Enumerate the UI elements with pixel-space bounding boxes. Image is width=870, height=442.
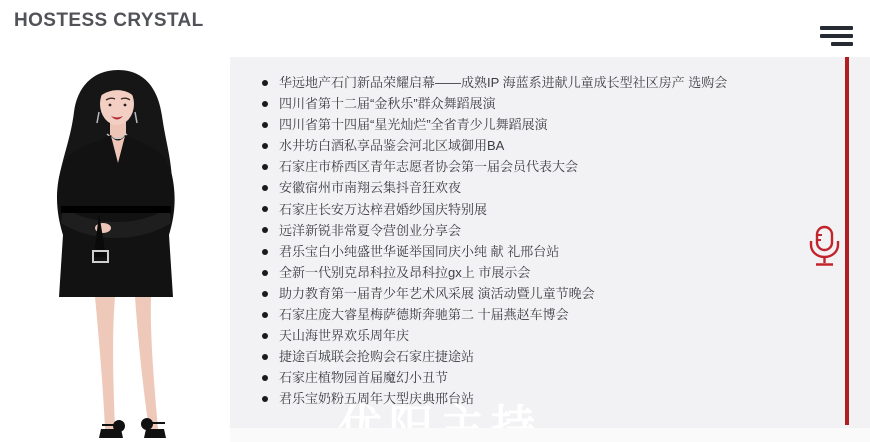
list-item[interactable]: 君乐宝奶粉五周年大型庆典邢台站 [262,392,807,406]
event-title: 远洋新锐非常夏令营创业分享会 [279,224,461,238]
list-item[interactable]: 石家庄市桥西区青年志愿者协会第一届会员代表大会 [262,160,807,174]
list-item[interactable]: 远洋新锐非常夏令营创业分享会 [262,224,807,238]
page-title: HOSTESS CRYSTAL [14,10,204,32]
hamburger-menu-icon[interactable] [820,26,853,48]
list-item[interactable]: 安徽宿州市南翔云集抖音狂欢夜 [262,181,807,195]
page: HOSTESS CRYSTAL [0,0,870,442]
bullet-icon [262,143,268,149]
event-title: 全新一代别克昂科拉及昂科拉gx上 市展示会 [279,266,530,280]
list-item[interactable]: 四川省第十四届“星光灿烂”全省青少儿舞蹈展演 [262,118,807,132]
event-title: 捷途百城联会抢购会石家庄捷途站 [279,350,474,364]
bullet-icon [262,101,268,107]
event-title: 石家庄庞大睿星梅萨德斯奔驰第二 十届燕赵车博会 [279,308,569,322]
event-title: 君乐宝奶粉五周年大型庆典邢台站 [279,392,474,406]
bullet-icon [262,375,268,381]
bullet-icon [262,312,268,318]
hamburger-bar [820,26,853,30]
event-title: 华远地产石门新品荣耀启幕——成熟IP 海蓝系进献儿童成长型社区房产 选购会 [279,76,727,90]
bullet-icon [262,80,268,86]
bullet-icon [262,270,268,276]
bullet-icon [262,122,268,128]
bullet-icon [262,249,268,255]
event-title: 君乐宝白小纯盛世华诞举国同庆小纯 献 礼邢台站 [279,245,559,259]
bullet-icon [262,396,268,402]
hamburger-bar [820,34,853,38]
hostess-photo [0,57,230,442]
list-item[interactable]: 华远地产石门新品荣耀启幕——成熟IP 海蓝系进献儿童成长型社区房产 选购会 [262,76,807,90]
hostess-illustration [0,57,230,442]
bullet-icon [262,164,268,170]
list-item[interactable]: 石家庄植物园首届魔幻小丑节 [262,371,807,385]
event-title: 助力教育第一届青少年艺术风采展 演活动暨儿童节晚会 [279,287,595,301]
red-divider-line [845,57,849,425]
microphone-icon[interactable] [805,225,843,267]
event-title: 四川省第十二届“金秋乐”群众舞蹈展演 [279,97,496,111]
bullet-icon [262,206,268,212]
list-item[interactable]: 天山海世界欢乐周年庆 [262,329,807,343]
event-title: 石家庄市桥西区青年志愿者协会第一届会员代表大会 [279,160,578,174]
list-item[interactable]: 助力教育第一届青少年艺术风采展 演活动暨儿童节晚会 [262,287,807,301]
event-title: 四川省第十四届“星光灿烂”全省青少儿舞蹈展演 [279,118,548,132]
list-item[interactable]: 石家庄长安万达梓君婚纱国庆特别展 [262,203,807,217]
bottom-strip [230,428,870,442]
list-item[interactable]: 石家庄庞大睿星梅萨德斯奔驰第二 十届燕赵车博会 [262,308,807,322]
list-item[interactable]: 君乐宝白小纯盛世华诞举国同庆小纯 献 礼邢台站 [262,245,807,259]
bullet-icon [262,291,268,297]
bullet-icon [262,354,268,360]
event-title: 水井坊白酒私享品鉴会河北区域御用BA [279,139,504,153]
event-list: 华远地产石门新品荣耀启幕——成熟IP 海蓝系进献儿童成长型社区房产 选购会 四川… [262,76,807,414]
event-title: 安徽宿州市南翔云集抖音狂欢夜 [279,181,461,195]
list-item[interactable]: 捷途百城联会抢购会石家庄捷途站 [262,350,807,364]
bullet-icon [262,227,268,233]
hamburger-bar [831,42,853,46]
bullet-icon [262,185,268,191]
list-item[interactable]: 水井坊白酒私享品鉴会河北区域御用BA [262,139,807,153]
list-item[interactable]: 全新一代别克昂科拉及昂科拉gx上 市展示会 [262,266,807,280]
list-item[interactable]: 四川省第十二届“金秋乐”群众舞蹈展演 [262,97,807,111]
event-title: 石家庄长安万达梓君婚纱国庆特别展 [279,203,487,217]
event-title: 石家庄植物园首届魔幻小丑节 [279,371,448,385]
event-title: 天山海世界欢乐周年庆 [279,329,409,343]
bullet-icon [262,333,268,339]
